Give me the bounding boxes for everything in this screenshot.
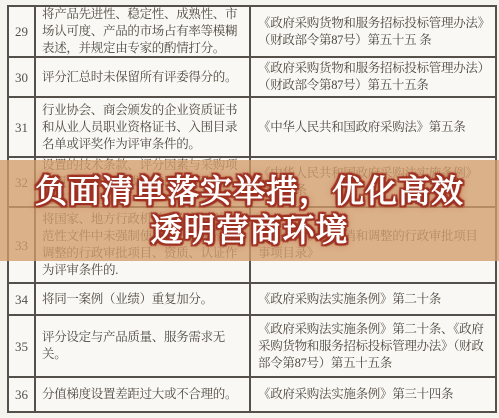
table-row: 29 将产品先进性、稳定性、成熟性、市场认可度、产品的市场占有率等模糊表述，并规… [9,7,495,58]
headline-banner: 负面清单落实举措，优化高效 透明营商环境 [0,160,499,261]
table-row: 31 行业协会、商会颁发的企业资质证书和从业人员职业资格证书、入围目录名单或评奖… [9,98,495,158]
row-number-cell: 34 [9,284,36,314]
violation-desc-cell: 评分汇总时未保留所有评委得分的。 [36,58,251,96]
table-row: 30 评分汇总时未保留所有评委得分的。 《政府采购货物和服务招标投标管理办法）（… [9,58,495,98]
legal-basis-cell: 《政府采购货物和服务招标投标管理办法》（财政部令第87号）第五十五 条 [251,7,495,56]
banner-line-2: 透明营商环境 [150,211,348,250]
row-number-cell: 29 [9,7,36,56]
table-row: 34 将同一案例（业绩）重复加分。 《政府采购法实施条例》第二十条 [9,284,495,316]
legal-basis-cell: 《中华人民共和国政府采购法》第五条 [251,98,495,156]
violation-desc-cell: 分值梯度设置差距过大或不合理的。 [36,378,251,411]
scanned-table-page: 29 将产品先进性、稳定性、成熟性、市场认可度、产品的市场占有率等模糊表述，并规… [0,0,499,418]
row-number-cell: 30 [9,58,36,96]
violation-desc-cell: 行业协会、商会颁发的企业资质证书和从业人员职业资格证书、入围目录名单或评奖作为评… [36,98,251,156]
legal-basis-cell: 《政府采购法实施条例》第二十条 [251,284,495,314]
legal-basis-cell: 《政府采购法实施条例》第二十条、《政府采购货物和服务招标投标管理办法》（财政部令… [251,316,495,376]
violation-desc-cell: 将产品先进性、稳定性、成熟性、市场认可度、产品的市场占有率等模糊表述，并规定由专… [36,7,251,56]
row-number-cell: 36 [9,378,36,411]
legal-basis-cell: 《政府采购货物和服务招标投标管理办法）（财政部令第87号）第五十五条 [251,58,495,96]
legal-basis-cell: 《政府采购法实施条例》第三十四条 [251,378,495,411]
violation-desc-cell: 将同一案例（业绩）重复加分。 [36,284,251,314]
row-number-cell: 31 [9,98,36,156]
table-row: 36 分值梯度设置差距过大或不合理的。 《政府采购法实施条例》第三十四条 [9,378,495,411]
row-number-cell: 35 [9,316,36,376]
banner-line-1: 负面清单落实举措，优化高效 [35,172,464,211]
table-row: 35 评分设定与产品质量、服务需求无关。 《政府采购法实施条例》第二十条、《政府… [9,316,495,378]
violation-desc-cell: 评分设定与产品质量、服务需求无关。 [36,316,251,376]
